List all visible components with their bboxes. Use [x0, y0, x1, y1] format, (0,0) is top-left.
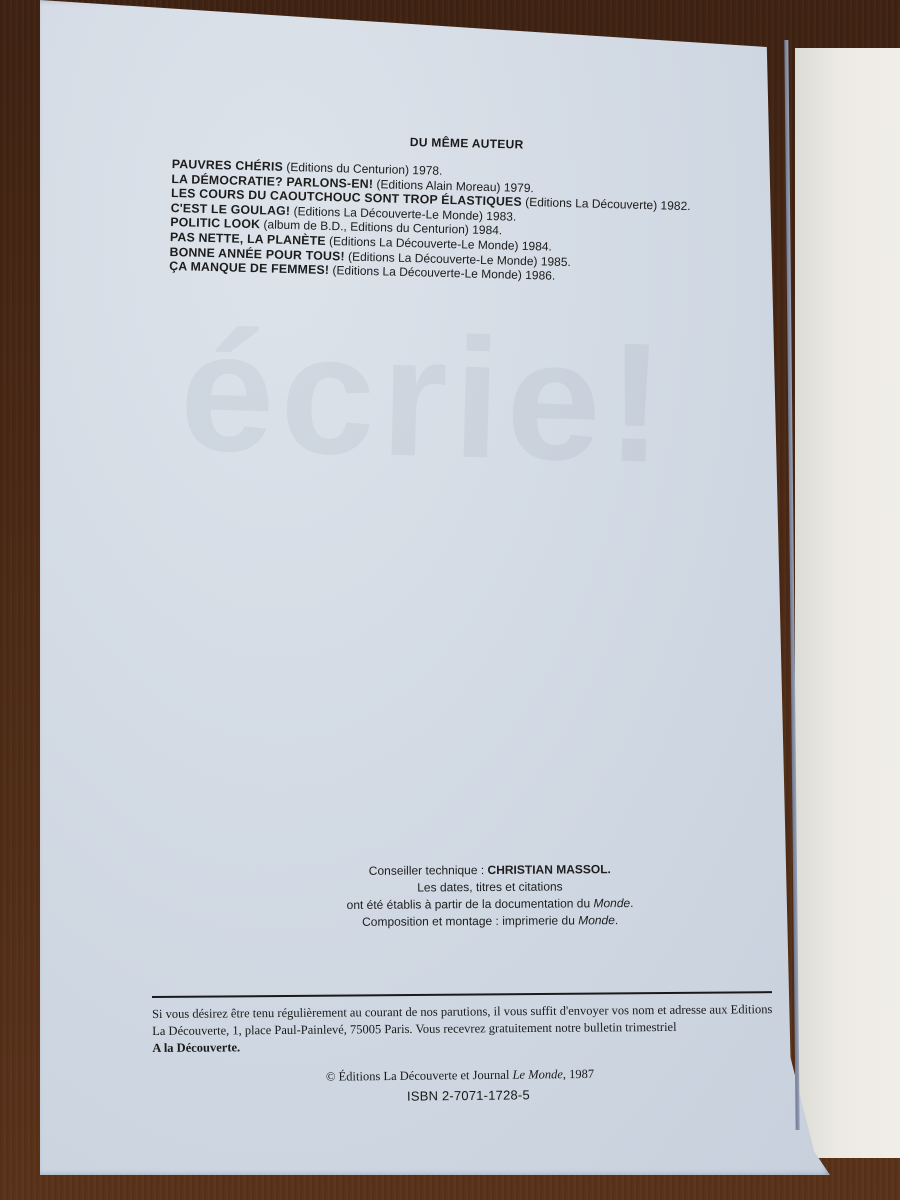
subscription-notice: Si vous désirez être tenu régulièrement … — [152, 1001, 782, 1057]
notice-text: Si vous désirez être tenu régulièrement … — [152, 1002, 772, 1038]
facing-page — [795, 48, 900, 1158]
advisor-name: CHRISTIAN MASSOL. — [487, 862, 610, 877]
credits-block: Conseiller technique : CHRISTIAN MASSOL.… — [300, 861, 680, 932]
page-heading: DU MÊME AUTEUR — [410, 135, 524, 152]
credits-line-4: Composition et montage : imprimerie du M… — [300, 912, 680, 932]
book-title: POLITIC LOOK — [170, 215, 260, 231]
show-through-text: écrie! — [177, 293, 702, 507]
book-list: PAUVRES CHÉRIS (Editions du Centurion) 1… — [169, 157, 772, 289]
advisor-label: Conseiller technique : — [369, 863, 488, 878]
credits-line-3: ont été établis à partir de la documenta… — [300, 895, 680, 915]
isbn: ISBN 2-7071-1728-5 — [407, 1087, 530, 1103]
